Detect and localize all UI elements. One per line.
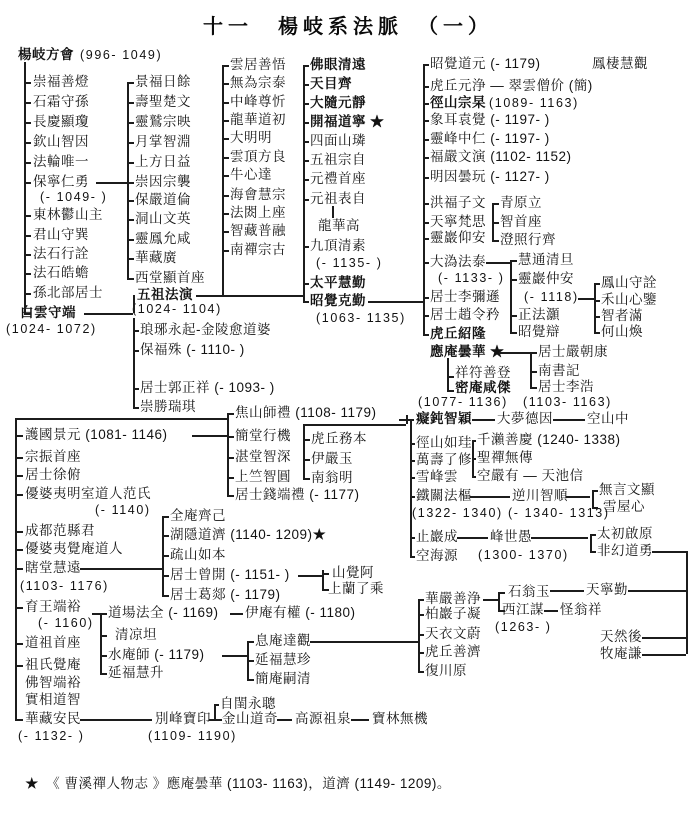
connector-line [100, 613, 102, 673]
connector-line [594, 316, 600, 318]
connector-line [96, 182, 127, 184]
connector-line [472, 440, 476, 442]
person-node: 華藏廣 [135, 251, 177, 266]
person-node: 簡庵嗣清 [255, 672, 311, 687]
person-node: 海會慧宗 [230, 188, 286, 203]
connector-line [686, 551, 688, 654]
connector-line [303, 424, 305, 478]
connector-line [24, 313, 31, 315]
connector-line [222, 138, 229, 140]
person-node: 非幻道勇 [597, 544, 653, 559]
connector-line [492, 203, 499, 205]
connector-line [222, 175, 229, 177]
connector-line [162, 516, 169, 518]
connector-line [24, 235, 31, 237]
person-node: 祖氏覺庵 [25, 658, 81, 673]
connector-line [351, 719, 369, 721]
person-node: 法石行詮 [33, 247, 89, 262]
connector-line [592, 507, 598, 509]
connector-line [133, 388, 139, 390]
person-node: 虎丘紹隆 [430, 327, 486, 342]
person-node: 湛堂智深 [235, 450, 291, 465]
connector-line [410, 477, 415, 479]
person-node: 徑山如珪 [416, 436, 472, 451]
connector-line [550, 590, 584, 592]
lineage-chart: 十一 楊岐系法脈 （一） ★ 《 曹溪禪人物志 》應庵曇華 (1103- 116… [0, 0, 696, 813]
connector-line [423, 203, 429, 205]
connector-line [592, 490, 594, 507]
connector-line [322, 573, 329, 575]
person-node: 智者滿 [601, 309, 643, 324]
connector-line [222, 65, 224, 295]
person-node: 元禮首座 [310, 172, 366, 187]
connector-line [127, 102, 134, 104]
person-node: 祥符善登 [455, 366, 511, 381]
person-node: 居士李彌遜 [430, 290, 500, 305]
connector-line [24, 182, 31, 184]
person-node: 焦山師禮 (1108- 1179) [235, 406, 377, 421]
connector-line [531, 537, 588, 539]
person-node: 癡鈍智穎 [416, 412, 472, 427]
person-node: 實相道智 [25, 693, 81, 708]
connector-line [423, 297, 429, 299]
connector-line [127, 239, 134, 241]
person-node: 鳳山守詮 [601, 276, 657, 291]
person-node: 聖禪無傳 [477, 451, 533, 466]
person-node: 密庵咸傑 [455, 381, 511, 396]
connector-line [162, 575, 169, 577]
connector-line [247, 641, 254, 643]
date-label: (1103- 1163) [523, 396, 612, 410]
connector-line [24, 82, 31, 84]
person-node: 優婆夷覺庵道人 [25, 542, 123, 557]
connector-line [24, 273, 31, 275]
person-node: 開福道寧 ★ [310, 115, 384, 130]
person-node: 昭覺辯 [518, 325, 560, 340]
person-node: 居士趙令矜 [430, 308, 500, 323]
connector-line [642, 637, 686, 639]
connector-line [15, 665, 23, 667]
person-node: 無言文顯 [599, 483, 655, 498]
connector-line [472, 419, 495, 421]
connector-line [447, 376, 454, 378]
person-node: 優婆夷明室道人范氏 [25, 487, 151, 502]
connector-line [15, 607, 23, 609]
person-node: 湖隱道濟 (1140- 1209)★ [170, 528, 327, 543]
connector-line [418, 614, 424, 616]
connector-line [24, 122, 31, 124]
connector-line [127, 82, 129, 278]
person-node: 息庵達觀 [255, 634, 311, 649]
connector-line [423, 86, 429, 88]
connector-line [510, 315, 517, 317]
person-node: 峰世愚 [490, 530, 532, 545]
connector-line [368, 301, 423, 303]
date-label: (- 1140) [95, 504, 151, 518]
person-node: 大明明 [230, 131, 272, 146]
person-node: 延福慧升 [108, 666, 164, 681]
person-node: 保福殊 (- 1110- ) [140, 343, 245, 358]
connector-line [24, 293, 31, 295]
connector-line [15, 643, 23, 645]
person-node: 疏山如本 [170, 548, 226, 563]
connector-line [498, 592, 500, 610]
person-node: 復川原 [425, 664, 467, 679]
person-node: 法石皓蟾 [33, 266, 89, 281]
person-node: 太初啟原 [597, 527, 653, 542]
person-node: 上方日益 [135, 155, 191, 170]
person-node: 清凉坦 [115, 628, 157, 643]
person-node: 天目齊 [310, 77, 352, 92]
person-node: 石霜守孫 [33, 95, 89, 110]
person-node: 道場法全 (- 1169) [108, 606, 219, 621]
person-node: 空嚴有 — 天池信 [477, 469, 584, 484]
person-node: 東林鬱山主 [33, 208, 103, 223]
connector-line [322, 589, 329, 591]
connector-line [222, 102, 229, 104]
connector-line [222, 157, 229, 159]
person-node: 南翁明 [311, 471, 353, 486]
connector-line [100, 613, 107, 615]
person-node: 象耳袁覺 (- 1197- ) [430, 113, 550, 128]
person-node: 西堂顯首座 [135, 271, 205, 286]
person-node: 靈峰中仁 (- 1197- ) [430, 132, 550, 147]
connector-line [227, 413, 234, 415]
person-node: 逆川智順 [512, 489, 568, 504]
connector-line [594, 283, 600, 285]
connector-line [510, 260, 512, 332]
connector-line [423, 177, 429, 179]
person-node: 居士葛郯 (- 1179) [170, 588, 281, 603]
connector-line [303, 301, 309, 303]
date-label: (1322- 1340) [412, 507, 503, 521]
person-node: 瞎堂慧遠 [25, 561, 81, 576]
connector-line [590, 551, 596, 553]
person-node: 水庵師 (- 1179) [108, 648, 205, 663]
connector-line [80, 719, 152, 721]
connector-line [498, 610, 505, 612]
person-node: 護國景元 (1081- 1146) [25, 428, 168, 443]
connector-line [303, 283, 309, 285]
person-node: 雲頂方良 [230, 150, 286, 165]
connector-line [162, 595, 169, 597]
connector-line [423, 120, 429, 122]
connector-line [642, 654, 686, 656]
person-node: 靈鷲宗映 [135, 115, 191, 130]
connector-line [15, 568, 23, 570]
date-label: (996- 1049) [80, 49, 162, 63]
person-node: 伊庵有權 (- 1180) [245, 606, 356, 621]
date-label: (1024- 1104) [132, 303, 222, 317]
person-node: 鳳棲慧觀 [592, 57, 648, 72]
person-node: 鐵關法樞 [416, 489, 472, 504]
connector-line [277, 719, 292, 721]
person-node: 居士曾開 (- 1151- ) [170, 568, 290, 583]
date-label: (1109- 1190) [148, 730, 237, 744]
connector-line [127, 219, 134, 221]
person-node: 雪峰雲 [416, 470, 458, 485]
connector-line [423, 64, 429, 66]
person-node: 道祖首座 [25, 636, 81, 651]
person-node: 成都范縣君 [25, 524, 95, 539]
person-node: 虎丘元浄 — 翠雲僧价 (簡) [430, 79, 593, 94]
connector-line [510, 332, 517, 334]
person-node: 徑山宗杲 [430, 96, 486, 111]
person-node: 龍華道初 [230, 113, 286, 128]
connector-line [410, 496, 415, 498]
connector-line [590, 534, 592, 551]
connector-line [423, 315, 429, 317]
connector-line [162, 535, 169, 537]
connector-line [227, 477, 234, 479]
connector-line [510, 260, 517, 262]
person-node: 澄照行齊 [500, 233, 556, 248]
person-node: 西江謀 [502, 603, 544, 618]
connector-line [303, 459, 310, 461]
connector-line [530, 387, 537, 389]
connector-line [510, 279, 517, 281]
connector-line [15, 531, 23, 533]
connector-line [100, 635, 107, 637]
person-node: 龍華高 [318, 219, 360, 234]
connector-line [418, 599, 424, 601]
connector-line [498, 592, 505, 594]
connector-line [84, 313, 133, 315]
person-node: 昭覺克勤 [310, 294, 366, 309]
person-node: 全庵齊己 [170, 509, 226, 524]
connector-line [423, 157, 429, 159]
connector-line [594, 332, 600, 334]
connector-line [332, 206, 334, 218]
connector-line [24, 162, 31, 164]
connector-line [196, 295, 303, 297]
connector-line [15, 549, 23, 551]
connector-line [492, 222, 499, 224]
person-node: 居士錢端禮 (- 1177) [235, 488, 360, 503]
person-node: 上竺智圓 [235, 470, 291, 485]
person-node: 君山守巽 [33, 228, 89, 243]
connector-line [222, 195, 229, 197]
connector-line [410, 537, 415, 539]
connector-line [100, 655, 107, 657]
person-node: 崇因宗襲 [135, 175, 191, 190]
connector-line [214, 704, 216, 719]
connector-line [578, 298, 594, 300]
person-node: 別峰寶印 [155, 712, 211, 727]
person-node: 靈巖仲安 [518, 272, 574, 287]
person-node: 五祖宗自 [310, 153, 366, 168]
connector-line [222, 250, 229, 252]
connector-line [628, 590, 686, 592]
date-label: (1300- 1370) [478, 549, 569, 563]
person-node: 育王端裕 [25, 600, 81, 615]
connector-line [418, 652, 424, 654]
connector-line [127, 182, 134, 184]
person-node: 居士郭正祥 (- 1093- ) [140, 381, 275, 396]
date-label: (- 1049- ) [40, 191, 107, 205]
person-node: 寶林無機 [372, 712, 428, 727]
connector-line [472, 476, 476, 478]
person-node: 洞山文英 [135, 212, 191, 227]
connector-line [15, 435, 23, 437]
connector-line [100, 673, 107, 675]
connector-line [222, 231, 229, 233]
connector-line [214, 704, 219, 706]
person-node: 怪翁祥 [560, 603, 602, 618]
date-label: (1063- 1135) [316, 312, 406, 326]
person-node: 青原立 [500, 196, 542, 211]
person-node: 法閦上座 [230, 206, 286, 221]
connector-line [298, 575, 322, 577]
person-node: 雲居善悟 [230, 58, 286, 73]
person-node: 禾山心鑒 [601, 293, 657, 308]
person-node: 佛智端裕 [25, 676, 81, 691]
connector-line [247, 679, 254, 681]
connector-line [590, 534, 596, 536]
connector-line [594, 283, 596, 332]
person-node: 明因曇玩 (- 1127- ) [430, 170, 550, 185]
connector-line [24, 254, 31, 256]
connector-line [127, 122, 134, 124]
connector-line [133, 407, 139, 409]
date-label: (1024- 1072) [6, 323, 97, 337]
person-node: 大隨元靜 [310, 96, 366, 111]
person-node: 孫北部居士 [33, 286, 103, 301]
person-node: 金山道奇 [222, 712, 278, 727]
connector-line [418, 671, 424, 673]
connector-line [423, 238, 429, 240]
connector-line [592, 490, 598, 492]
date-label: (1103- 1176) [20, 580, 109, 594]
person-node: 高源祖泉 [295, 712, 351, 727]
date-label: (- 1133- ) [438, 272, 504, 286]
connector-line [15, 475, 23, 477]
date-label: (- 1132- ) [18, 730, 84, 744]
person-node: 慧通清旦 [518, 253, 574, 268]
connector-line [423, 262, 429, 264]
connector-line [222, 655, 247, 657]
connector-line [303, 122, 309, 124]
person-node: 楊岐方會 [18, 48, 74, 63]
connector-line [423, 334, 429, 336]
connector-line [24, 102, 31, 104]
person-node: 福嚴文演 (1102- 1152) [430, 150, 572, 165]
person-node: 柏巖子凝 [425, 607, 481, 622]
person-node: 天然後 [600, 630, 642, 645]
connector-line [486, 262, 510, 264]
person-node: 五祖法演 [137, 288, 193, 303]
person-node: 宗振首座 [25, 450, 81, 465]
connector-line [457, 537, 488, 539]
connector-line [92, 613, 100, 615]
person-node: 欽山智因 [33, 135, 89, 150]
connector-line [247, 660, 254, 662]
person-node: 天寧勤 [586, 583, 628, 598]
person-node: 南禪宗古 [230, 243, 286, 258]
person-node: 靈巖仰安 [430, 231, 486, 246]
person-node: 空海源 [416, 549, 458, 564]
connector-line [15, 418, 227, 420]
connector-line [406, 415, 408, 424]
connector-line [483, 599, 498, 601]
connector-line [222, 120, 229, 122]
connector-line [652, 551, 686, 553]
connector-line [530, 352, 532, 387]
person-node: 天寧梵思 [430, 215, 486, 230]
person-node: 壽聖楚文 [135, 95, 191, 110]
connector-line [227, 413, 229, 495]
person-node: 南書記 [538, 364, 580, 379]
connector-line [222, 65, 229, 67]
person-node: 延福慧珍 [255, 653, 311, 668]
person-node: 上蘭了乘 [328, 582, 384, 597]
person-node: 山覺阿 [332, 566, 374, 581]
date-label: (- 1135- ) [316, 257, 382, 271]
person-node: 牧庵謙 [600, 647, 642, 662]
connector-line [410, 556, 415, 558]
person-node: 華嚴善浄 [425, 592, 481, 607]
connector-line [80, 568, 162, 570]
connector-line [492, 240, 499, 242]
connector-line [133, 350, 139, 352]
connector-line [227, 495, 234, 497]
person-node: 大溈法泰 [430, 255, 486, 270]
connector-line [410, 419, 412, 556]
person-node: 月掌智淵 [135, 135, 191, 150]
connector-line [162, 555, 169, 557]
connector-line [423, 103, 429, 105]
connector-line [303, 160, 309, 162]
person-node: 保寧仁勇 [33, 175, 89, 190]
person-node: 虎丘善濟 [425, 645, 481, 660]
person-node: 自閨永聰 [220, 697, 276, 712]
connector-line [553, 419, 585, 421]
connector-line [303, 65, 305, 301]
person-node: 居士嚴朝康 [538, 345, 608, 360]
person-node: 牛心達 [230, 168, 272, 183]
person-node: 元祖表自 [310, 192, 366, 207]
connector-line [303, 65, 309, 67]
date-label: (1089- 1163) [489, 97, 579, 111]
date-label: (- 1340- 1313) [508, 507, 610, 521]
connector-line [303, 246, 309, 248]
connector-line [303, 103, 309, 105]
connector-line [24, 142, 31, 144]
connector-line [418, 634, 424, 636]
connector-line [24, 62, 26, 313]
person-node: 止巖成 [416, 530, 458, 545]
connector-line [594, 300, 600, 302]
person-node: 應庵曇華 ★ [430, 345, 504, 360]
person-node: 簡堂行機 [235, 429, 291, 444]
person-node: 天衣文蔚 [425, 627, 481, 642]
person-node: 華藏安民 [25, 712, 81, 727]
connector-line [310, 641, 418, 643]
connector-line [303, 141, 309, 143]
connector-line [410, 443, 415, 445]
person-node: 昭覺道元 (- 1179) [430, 57, 541, 72]
connector-line [544, 610, 558, 612]
connector-line [423, 222, 429, 224]
connector-line [227, 436, 234, 438]
person-node: 大夢德因 [497, 412, 553, 427]
date-label: (1263- ) [495, 621, 552, 635]
connector-line [15, 494, 23, 496]
person-node: 伊嚴玉 [311, 452, 353, 467]
person-node: 佛眼清遠 [310, 58, 366, 73]
person-node: 智藏普融 [230, 224, 286, 239]
person-node: 智首座 [500, 215, 542, 230]
